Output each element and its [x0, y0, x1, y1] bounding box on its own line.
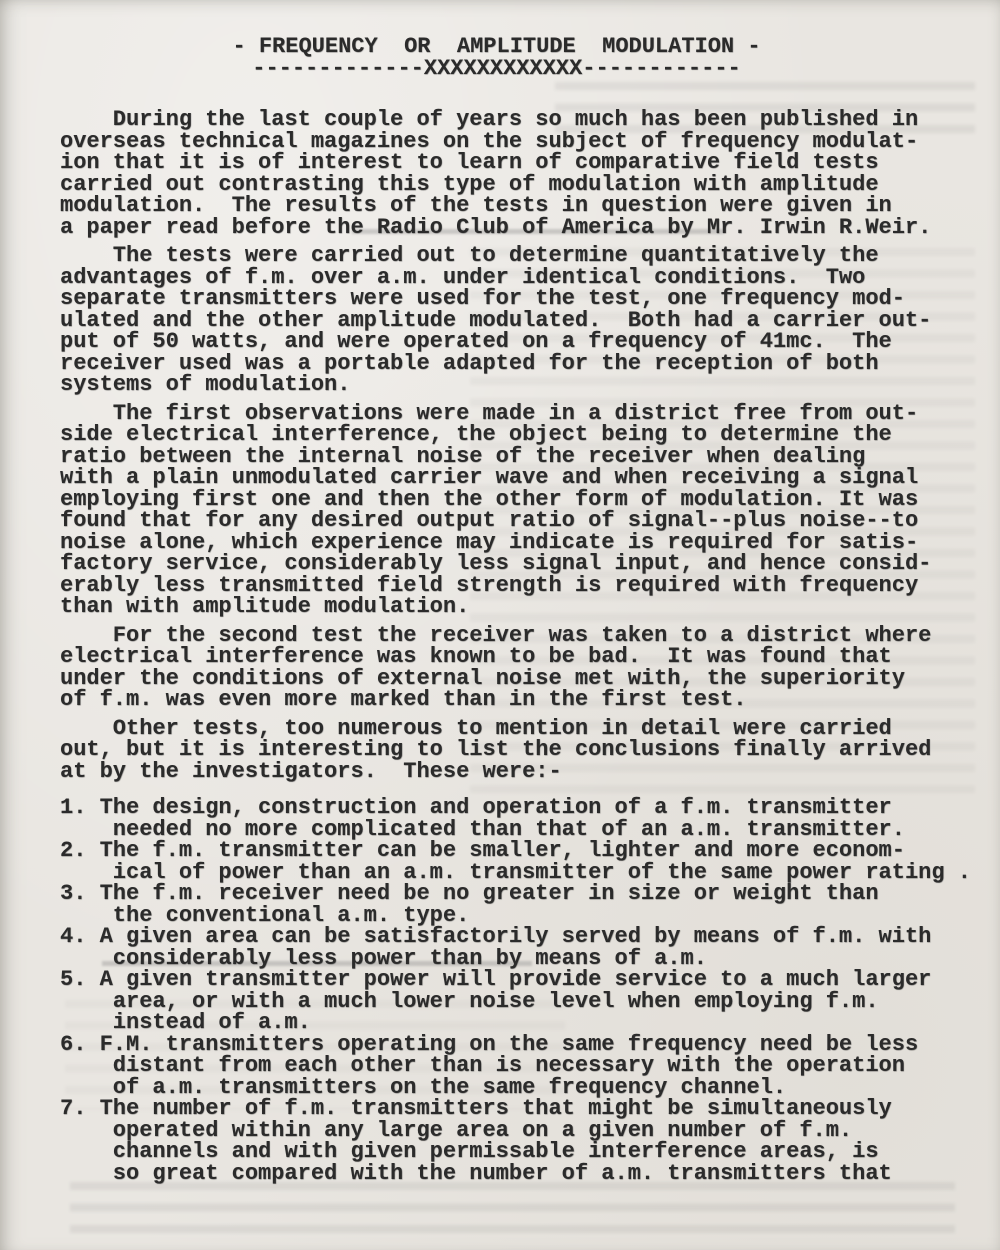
document-header: - FREQUENCY OR AMPLITUDE MODULATION - --… [60, 36, 955, 79]
document-title: - FREQUENCY OR AMPLITUDE MODULATION - [60, 36, 933, 58]
conclusions-list: 1. The design, construction and operatio… [60, 797, 955, 1184]
paragraph-tests: The tests were carried out to determine … [60, 245, 955, 396]
conclusion-item-2: 2. The f.m. transmitter can be smaller, … [60, 840, 955, 883]
scanned-typewritten-page: - FREQUENCY OR AMPLITUDE MODULATION - --… [0, 0, 1000, 1250]
paragraph-second-test: For the second test the receiver was tak… [60, 625, 955, 711]
conclusion-item-3: 3. The f.m. receiver need be no greater … [60, 883, 955, 926]
paragraph-other-tests: Other tests, too numerous to mention in … [60, 718, 955, 783]
paragraph-first-observations: The first observations were made in a di… [60, 403, 955, 618]
conclusion-item-7: 7. The number of f.m. transmitters that … [60, 1098, 955, 1184]
conclusion-item-4: 4. A given area can be satisfactorily se… [60, 926, 955, 969]
document-body: During the last couple of years so much … [60, 109, 955, 1184]
title-underline-rule: -------------XXXXXXXXXXXX------------ [60, 58, 933, 80]
conclusion-item-6: 6. F.M. transmitters operating on the sa… [60, 1034, 955, 1099]
bleedthrough-artifact-bottom [70, 1182, 955, 1242]
conclusion-item-5: 5. A given transmitter power will provid… [60, 969, 955, 1034]
conclusion-item-1: 1. The design, construction and operatio… [60, 797, 955, 840]
paragraph-intro: During the last couple of years so much … [60, 109, 955, 238]
document-content: - FREQUENCY OR AMPLITUDE MODULATION - --… [60, 36, 955, 1184]
